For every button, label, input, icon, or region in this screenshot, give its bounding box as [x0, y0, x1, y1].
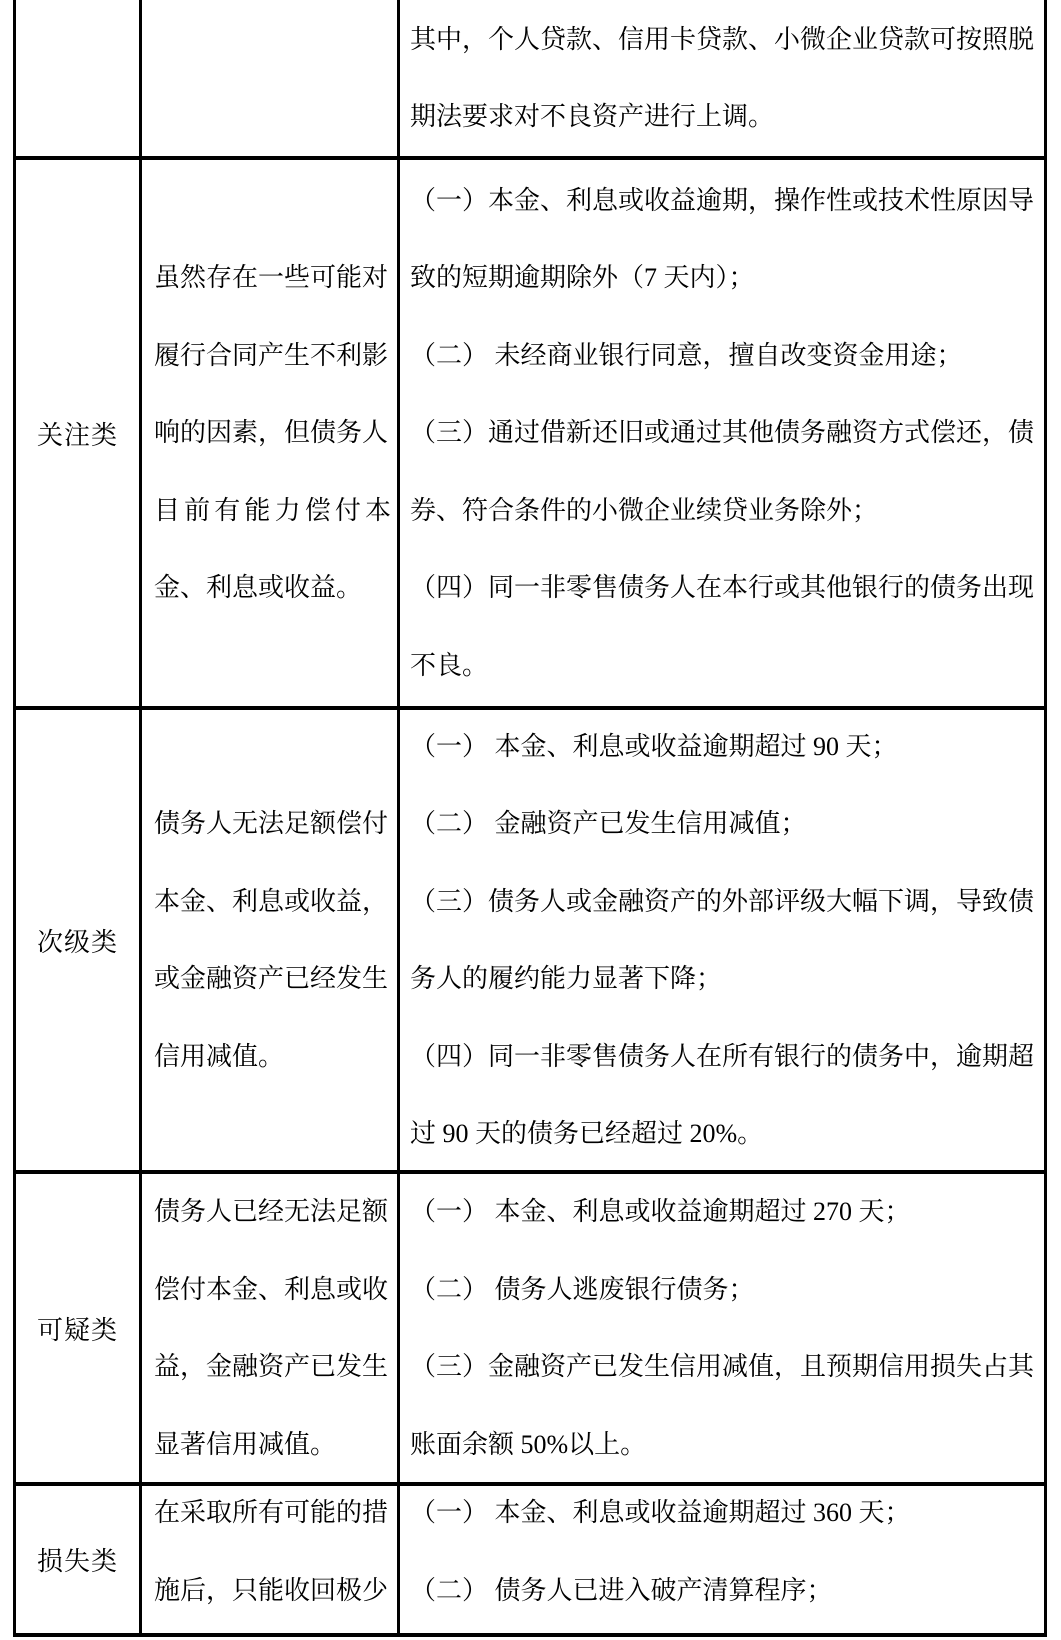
category-cell-continuation — [16, 0, 142, 156]
text-line: （一） 本金、利息或收益逾期超过 270 天； — [410, 1174, 1036, 1251]
category-cell-loss: 损失类 — [16, 1486, 142, 1633]
text-line: （二） 金融资产已发生信用减值； — [410, 785, 1036, 863]
text-line: （二） 未经商业银行同意，擅自改变资金用途； — [410, 317, 1036, 395]
table-row-substandard: 次级类债务人无法足额偿付本金、利息或收益，或金融资产已经发生信用减值。（一） 本… — [16, 706, 1044, 1170]
text-line: 其中，个人贷款、信用卡贷款、小微企业贷款可按照脱 — [410, 1, 1036, 79]
category-cell-special-mention: 关注类 — [16, 160, 142, 706]
text-line: 券、符合条件的小微企业续贷业务除外； — [410, 472, 1036, 550]
criteria-cell-loss: （一） 本金、利息或收益逾期超过 360 天；（二） 债务人已进入破产清算程序； — [400, 1482, 1044, 1633]
text-line: （二） 债务人已进入破产清算程序； — [410, 1552, 1036, 1630]
text-line: 不良。 — [410, 627, 1036, 705]
text-line: 账面余额 50%以上。 — [410, 1406, 1036, 1483]
text-line: 期法要求对不良资产进行上调。 — [410, 78, 1036, 156]
text-line: 致的短期逾期除外（7 天内）； — [410, 239, 1036, 317]
table-row-loss: 损失类在采取所有可能的措施后，只能收回极少（一） 本金、利息或收益逾期超过 36… — [16, 1482, 1044, 1633]
text-line: 益，金融资产已发生 — [154, 1328, 391, 1406]
category-label: 可疑类 — [37, 1310, 118, 1347]
text-line: （一） 本金、利息或收益逾期超过 90 天； — [410, 710, 1036, 785]
text-line: 金、利息或收益。 — [154, 549, 391, 627]
category-label: 损失类 — [37, 1541, 118, 1578]
text-line: （四）同一非零售债务人在本行或其他银行的债务出现 — [410, 549, 1036, 627]
description-cell-substandard: 债务人无法足额偿付本金、利息或收益，或金融资产已经发生信用减值。 — [142, 710, 400, 1170]
document-page: 其中，个人贷款、信用卡贷款、小微企业贷款可按照脱期法要求对不良资产进行上调。关注… — [0, 0, 1061, 1640]
text-line: 本金、利息或收益， — [154, 863, 391, 941]
text-line: 显著信用减值。 — [154, 1406, 391, 1483]
table-row-continuation: 其中，个人贷款、信用卡贷款、小微企业贷款可按照脱期法要求对不良资产进行上调。 — [16, 0, 1044, 156]
text-line: （四）同一非零售债务人在所有银行的债务中，逾期超 — [410, 1018, 1036, 1096]
text-line: 或金融资产已经发生 — [154, 940, 391, 1018]
text-line: 务人的履约能力显著下降； — [410, 940, 1036, 1018]
text-line: 履行合同产生不利影 — [154, 317, 391, 395]
text-line: 债务人已经无法足额 — [154, 1174, 391, 1251]
text-line: 施后，只能收回极少 — [154, 1552, 391, 1630]
text-line: （三）金融资产已发生信用减值，且预期信用损失占其 — [410, 1328, 1036, 1406]
text-line: 响的因素，但债务人 — [154, 394, 391, 472]
category-label: 次级类 — [37, 922, 118, 959]
criteria-cell-continuation: 其中，个人贷款、信用卡贷款、小微企业贷款可按照脱期法要求对不良资产进行上调。 — [400, 0, 1044, 156]
description-cell-special-mention: 虽然存在一些可能对履行合同产生不利影响的因素，但债务人目前有能力偿付本金、利息或… — [142, 160, 400, 706]
criteria-cell-doubtful: （一） 本金、利息或收益逾期超过 270 天；（二） 债务人逃废银行债务；（三）… — [400, 1174, 1044, 1482]
text-line: 债务人无法足额偿付 — [154, 785, 391, 863]
text-line: 偿付本金、利息或收 — [154, 1251, 391, 1329]
table-row-doubtful: 可疑类债务人已经无法足额偿付本金、利息或收益，金融资产已发生显著信用减值。（一）… — [16, 1170, 1044, 1482]
description-cell-doubtful: 债务人已经无法足额偿付本金、利息或收益，金融资产已发生显著信用减值。 — [142, 1174, 400, 1482]
loan-classification-table: 其中，个人贷款、信用卡贷款、小微企业贷款可按照脱期法要求对不良资产进行上调。关注… — [13, 0, 1047, 1637]
text-line: 在采取所有可能的措 — [154, 1482, 391, 1552]
text-line: 过 90 天的债务已经超过 20%。 — [410, 1095, 1036, 1170]
description-cell-continuation — [142, 0, 400, 156]
text-line: （三）债务人或金融资产的外部评级大幅下调，导致债 — [410, 863, 1036, 941]
criteria-cell-special-mention: （一）本金、利息或收益逾期，操作性或技术性原因导致的短期逾期除外（7 天内）；（… — [400, 160, 1044, 706]
description-cell-loss: 在采取所有可能的措施后，只能收回极少 — [142, 1482, 400, 1633]
text-line: 信用减值。 — [154, 1018, 391, 1096]
category-label: 关注类 — [37, 415, 118, 452]
text-line: （一） 本金、利息或收益逾期超过 360 天； — [410, 1482, 1036, 1552]
category-cell-substandard: 次级类 — [16, 710, 142, 1170]
category-cell-doubtful: 可疑类 — [16, 1174, 142, 1482]
text-line: （一）本金、利息或收益逾期，操作性或技术性原因导 — [410, 162, 1036, 240]
text-line: （二） 债务人逃废银行债务； — [410, 1251, 1036, 1329]
table-row-special-mention: 关注类虽然存在一些可能对履行合同产生不利影响的因素，但债务人目前有能力偿付本金、… — [16, 156, 1044, 706]
text-line: 虽然存在一些可能对 — [154, 239, 391, 317]
text-line: 目前有能力偿付本 — [154, 472, 391, 550]
criteria-cell-substandard: （一） 本金、利息或收益逾期超过 90 天；（二） 金融资产已发生信用减值；（三… — [400, 710, 1044, 1170]
text-line: （三）通过借新还旧或通过其他债务融资方式偿还，债 — [410, 394, 1036, 472]
